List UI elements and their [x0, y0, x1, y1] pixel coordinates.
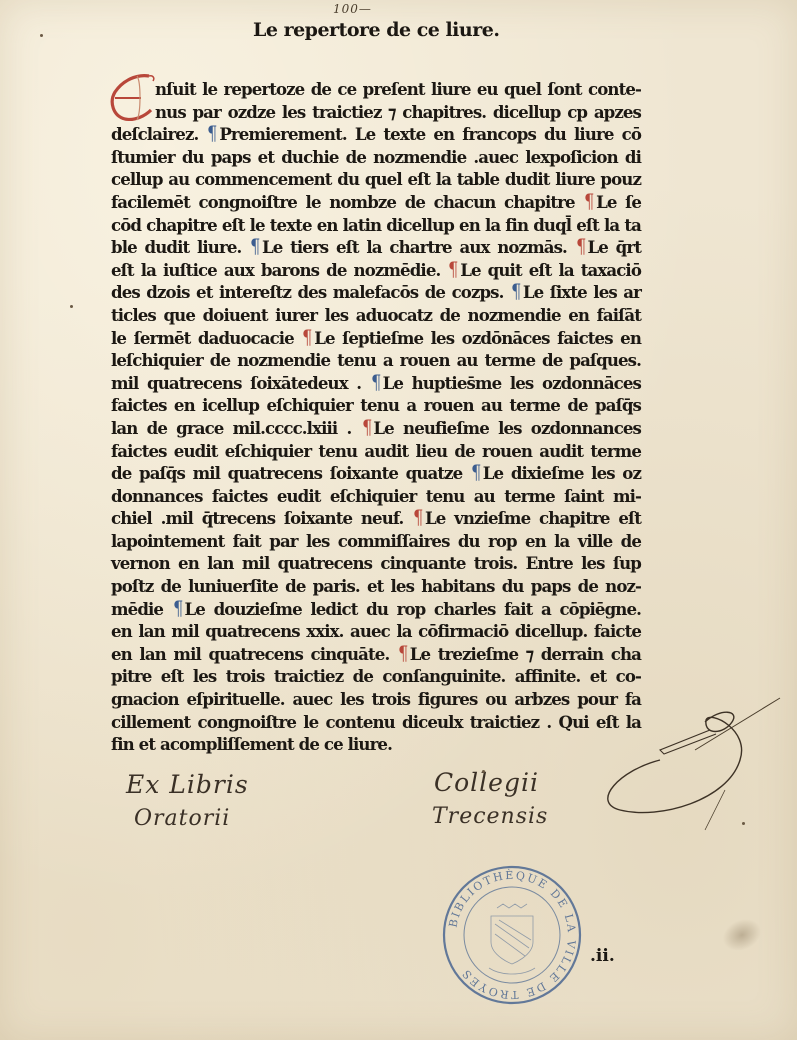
rubricated-initial-e-icon: [107, 72, 155, 124]
text-line: le ſermēt daduocacie ¶Le ſeptieſme les o…: [111, 327, 641, 350]
text-line: de paſq̄s mil quatrecens ſoixante quatze…: [111, 462, 641, 485]
pilcrow-blue-icon: ¶: [208, 124, 217, 142]
text-run: Le q̄rt: [588, 237, 642, 257]
text-line: ſtumier du paps et duchie de nozmendie .…: [111, 146, 641, 169]
paper-speck: [70, 305, 73, 308]
text-line: ble dudit liure. ¶Le tiers eſt la chartr…: [111, 236, 641, 259]
text-line: lapointement fait par les commiſſaires d…: [111, 530, 641, 553]
text-run: cellup au commencement du quel eſt la ta…: [111, 169, 641, 189]
text-line: donnances faictes eudit eſchiquier tenu …: [111, 485, 641, 508]
text-run: faictes eudit eſchiquier tenu audit lieu…: [111, 441, 641, 461]
pilcrow-blue-icon: ¶: [173, 599, 182, 617]
pilcrow-blue-icon: ¶: [471, 463, 480, 481]
ex-libris-inscription: Ex Libris: [126, 770, 249, 799]
text-run: nſuit le repertoze de ce preſent liure e…: [155, 79, 641, 99]
ex-libris-inscription: Collegii: [434, 768, 539, 797]
paper-speck: [482, 770, 485, 773]
text-run: Le ſixte les ar: [523, 282, 641, 302]
text-line: facilemēt congnoiſtre le nombze de chacu…: [111, 191, 641, 214]
text-run: Le ſeptieſme les ozdōnāces faictes en: [314, 328, 641, 348]
text-line: cōd chapitre eſt le texte en latin dicel…: [111, 214, 641, 237]
ex-libris-inscription: Oratorii: [134, 806, 230, 831]
text-run: leſchiquier de nozmendie tenu a rouen au…: [111, 350, 641, 370]
paper-speck: [40, 34, 43, 37]
text-line: pitre eſt les trois traictiez de conſang…: [111, 665, 641, 688]
pilcrow-red-icon: ¶: [449, 260, 458, 278]
text-run: Le trezieſme ⁊ derrain cha: [410, 644, 641, 664]
text-run: deſclairez.: [111, 124, 206, 144]
text-run: facilemēt congnoiſtre le nombze de chacu…: [111, 192, 583, 212]
text-run: des dzois et intereſtz des malefacōs de …: [111, 282, 510, 302]
text-run: fin et acompliſſement de ce liure.: [111, 734, 392, 754]
folio-note: 100—: [333, 2, 372, 16]
text-line: nus par ozdze les traictiez ⁊ chapitres.…: [111, 101, 641, 124]
signature-mark: .ii.: [590, 946, 615, 966]
text-run: cillement congnoiſtre le contenu diceulx…: [111, 712, 641, 732]
pilcrow-red-icon: ¶: [398, 644, 407, 662]
text-line: en lan mil quatrecens xxix. auec la cōfi…: [111, 620, 641, 643]
text-line: eſt la iuſtice aux barons de nozmēdie. ¶…: [111, 259, 641, 282]
svg-text:BIBLIOTHÈQUE DE LA VILLE DE TR: BIBLIOTHÈQUE DE LA VILLE DE TROYES: [446, 868, 578, 1001]
text-run: mil quatrecens ſoixātedeux .: [111, 373, 370, 393]
text-line: des dzois et intereſtz des malefacōs de …: [111, 281, 641, 304]
pilcrow-blue-icon: ¶: [250, 237, 259, 255]
text-run: ſtumier du paps et duchie de nozmendie .…: [111, 147, 641, 167]
text-block: nſuit le repertoze de ce preſent liure e…: [111, 78, 641, 756]
library-stamp-icon: BIBLIOTHÈQUE DE LA VILLE DE TROYES: [441, 864, 583, 1006]
text-line: faictes en icellup eſchiquier tenu a rou…: [111, 394, 641, 417]
text-run: en lan mil quatrecens xxix. auec la cōfi…: [111, 621, 641, 641]
text-run: Le hupties̄me les ozdonnāces: [383, 373, 641, 393]
text-line: nſuit le repertoze de ce preſent liure e…: [111, 78, 641, 101]
pilcrow-red-icon: ¶: [576, 237, 585, 255]
text-run: poſtz de luniuerſite de paris. et les ha…: [111, 576, 641, 596]
text-line: mēdie ¶Le douzieſme ledict du rop charle…: [111, 598, 641, 621]
text-run: cōd chapitre eſt le texte en latin dicel…: [111, 215, 641, 235]
text-line: en lan mil quatrecens cinquāte. ¶Le trez…: [111, 643, 641, 666]
text-line: cellup au commencement du quel eſt la ta…: [111, 168, 641, 191]
text-line: lan de grace mil.cccc.lxiii . ¶Le neufie…: [111, 417, 641, 440]
text-lines: nſuit le repertoze de ce preſent liure e…: [111, 78, 641, 756]
text-run: gnacion eſpirituelle. auec les trois fig…: [111, 689, 641, 709]
text-run: Premierement. Le texte en francops du li…: [219, 124, 641, 144]
text-run: Le ſe: [596, 192, 641, 212]
text-line: fin et acompliſſement de ce liure.: [111, 733, 641, 756]
running-title: Le repertore de ce liure.: [253, 19, 499, 41]
text-line: chiel .mil q̄trecens ſoixante neuf. ¶Le …: [111, 507, 641, 530]
text-run: ticles que doiuent iurer les aduocatz de…: [111, 305, 641, 325]
paper-speck: [742, 822, 745, 825]
text-run: Le neufieſme les ozdonnances: [373, 418, 641, 438]
text-run: le ſermēt daduocacie: [111, 328, 301, 348]
text-run: Le quit eſt la taxaciō: [460, 260, 641, 280]
pilcrow-blue-icon: ¶: [371, 373, 380, 391]
pilcrow-red-icon: ¶: [413, 508, 422, 526]
text-run: Le douzieſme ledict du rop charles fait …: [185, 599, 641, 619]
text-line: poſtz de luniuerſite de paris. et les ha…: [111, 575, 641, 598]
paper-stain: [718, 913, 767, 957]
text-run: Le dixieſme les oz: [483, 463, 641, 483]
text-line: vernon en lan mil quatrecens cinquante t…: [111, 552, 641, 575]
text-run: lan de grace mil.cccc.lxiii .: [111, 418, 361, 438]
pilcrow-red-icon: ¶: [362, 418, 371, 436]
text-line: mil quatrecens ſoixātedeux . ¶Le hupties…: [111, 372, 641, 395]
text-run: en lan mil quatrecens cinquāte.: [111, 644, 397, 664]
text-run: faictes en icellup eſchiquier tenu a rou…: [111, 395, 641, 415]
text-run: pitre eſt les trois traictiez de conſang…: [111, 666, 641, 686]
pilcrow-blue-icon: ¶: [511, 282, 520, 300]
text-run: nus par ozdze les traictiez ⁊ chapitres.…: [155, 102, 641, 122]
text-line: leſchiquier de nozmendie tenu a rouen au…: [111, 349, 641, 372]
text-run: Le tiers eſt la chartre aux nozmās.: [262, 237, 575, 257]
text-run: ble dudit liure.: [111, 237, 249, 257]
text-run: vernon en lan mil quatrecens cinquante t…: [111, 553, 641, 573]
text-line: cillement congnoiſtre le contenu diceulx…: [111, 711, 641, 734]
pilcrow-red-icon: ¶: [303, 328, 312, 346]
pen-flourish-icon: [600, 690, 790, 840]
text-line: gnacion eſpirituelle. auec les trois fig…: [111, 688, 641, 711]
text-run: donnances faictes eudit eſchiquier tenu …: [111, 486, 641, 506]
text-line: faictes eudit eſchiquier tenu audit lieu…: [111, 440, 641, 463]
ex-libris-inscription: Trecensis: [432, 804, 548, 829]
text-run: chiel .mil q̄trecens ſoixante neuf.: [111, 508, 412, 528]
text-run: lapointement fait par les commiſſaires d…: [111, 531, 641, 551]
text-run: de paſq̄s mil quatrecens ſoixante quatze: [111, 463, 470, 483]
text-line: ticles que doiuent iurer les aduocatz de…: [111, 304, 641, 327]
text-run: mēdie: [111, 599, 172, 619]
pilcrow-red-icon: ¶: [584, 192, 593, 210]
text-run: eſt la iuſtice aux barons de nozmēdie.: [111, 260, 447, 280]
text-line: deſclairez. ¶Premierement. Le texte en f…: [111, 123, 641, 146]
text-run: Le vnzieſme chapitre eſt: [425, 508, 641, 528]
